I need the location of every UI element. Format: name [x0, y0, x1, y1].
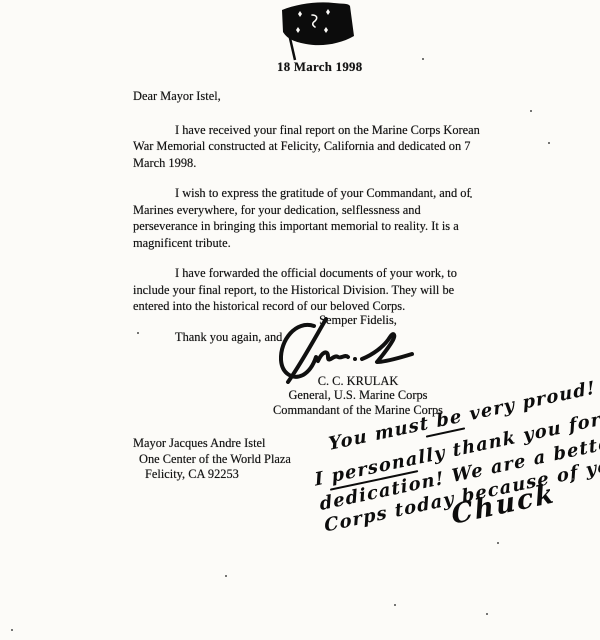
marine-corps-flag-icon [262, 0, 362, 64]
scan-speck [530, 110, 532, 112]
letter-date: 18 March 1998 [277, 60, 362, 75]
scan-speck [497, 542, 499, 544]
scan-speck [137, 332, 139, 334]
salutation: Dear Mayor Istel, [133, 88, 485, 105]
krulak-signature-icon [268, 316, 428, 384]
recipient-address: Mayor Jacques Andre Istel One Center of … [133, 436, 291, 483]
scan-speck [394, 604, 396, 606]
scan-speck [470, 196, 472, 198]
recipient-line-2: One Center of the World Plaza [133, 452, 291, 468]
scan-speck [422, 58, 424, 60]
recipient-line-1: Mayor Jacques Andre Istel [133, 436, 291, 452]
paragraph-1: I have received your final report on the… [133, 122, 485, 172]
scanned-letter-page: 18 March 1998 Dear Mayor Istel, I have r… [0, 0, 600, 640]
scan-speck [11, 629, 13, 631]
scan-speck [548, 142, 550, 144]
scan-speck [486, 613, 488, 615]
scan-speck [572, 478, 574, 480]
scan-speck [225, 575, 227, 577]
paragraph-2: I wish to express the gratitude of your … [133, 185, 485, 251]
paragraph-3: I have forwarded the official documents … [133, 265, 485, 315]
recipient-line-3: Felicity, CA 92253 [133, 467, 291, 483]
